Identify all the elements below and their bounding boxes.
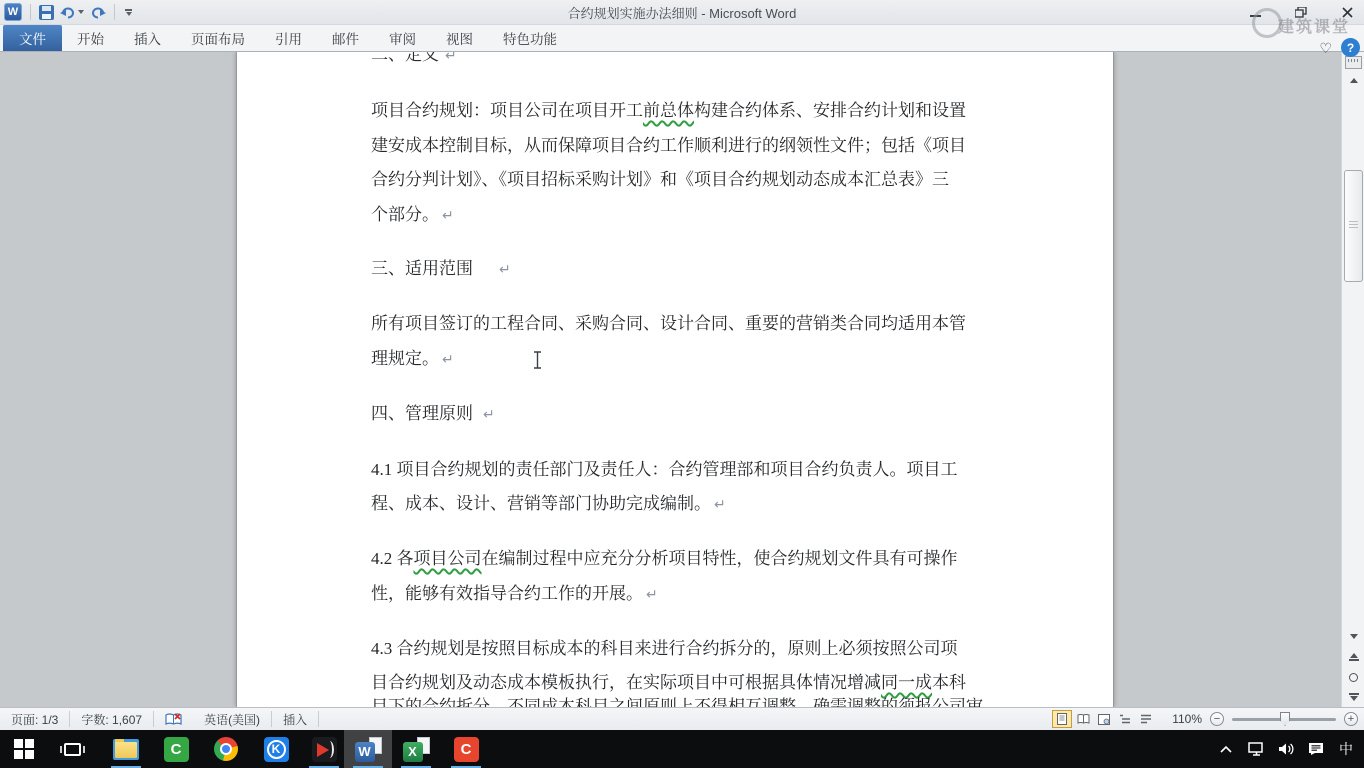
text-line: 合约分判计划》、《项目招标采购计划》和《项目合约规划动态成本汇总表》三 xyxy=(371,168,1001,192)
text-line: 三、适用范围↵ xyxy=(371,257,1001,281)
task-view-button[interactable] xyxy=(48,730,96,768)
view-shortcuts xyxy=(1052,710,1156,728)
ribbon-tab-插入[interactable]: 插入 xyxy=(119,25,176,51)
ribbon-tab-特色功能[interactable]: 特色功能 xyxy=(488,25,572,51)
camtasia-icon: C xyxy=(164,737,189,762)
network-tray-button[interactable] xyxy=(1246,730,1266,768)
undo-button[interactable] xyxy=(60,2,84,22)
spellcheck-squiggle: 前总体 xyxy=(643,101,694,120)
paragraph-mark: ↵ xyxy=(442,352,454,368)
select-browse-object-button[interactable] xyxy=(1342,668,1364,686)
kugou-button[interactable]: K xyxy=(252,730,300,768)
previous-page-button[interactable] xyxy=(1342,648,1364,666)
scroll-up-button[interactable] xyxy=(1342,72,1364,88)
web-layout-view-button[interactable] xyxy=(1094,710,1114,728)
draft-view-button[interactable] xyxy=(1136,710,1156,728)
media-player-icon xyxy=(312,737,337,762)
text-cursor-ibeam xyxy=(533,351,542,369)
ribbon-tab-视图[interactable]: 视图 xyxy=(431,25,488,51)
paragraph-mark: ↵ xyxy=(483,407,495,423)
paragraph-mark: ↵ xyxy=(445,52,457,64)
quick-access-toolbar: W xyxy=(0,2,132,22)
ribbon-tab-审阅[interactable]: 审阅 xyxy=(374,25,431,51)
undo-dropdown-icon xyxy=(78,10,84,14)
ribbon-tab-邮件[interactable]: 邮件 xyxy=(317,25,374,51)
camtasia-button[interactable]: C xyxy=(152,730,200,768)
file-explorer-button[interactable] xyxy=(102,730,150,768)
vertical-scrollbar[interactable] xyxy=(1341,52,1364,707)
triangle-down-icon xyxy=(1350,634,1358,639)
proofing-book-icon xyxy=(165,712,182,726)
text-line: 4.2 各项目公司在编制过程中应充分分析项目特性，使合约规划文件具有可操作 xyxy=(371,547,1001,571)
spellcheck-squiggle: 同一成 xyxy=(881,673,932,692)
title-bar: W 合 xyxy=(0,0,1364,25)
print-layout-icon xyxy=(1056,713,1068,725)
network-icon xyxy=(1247,742,1265,756)
divider xyxy=(114,4,115,20)
ribbon-tab-页面布局[interactable]: 页面布局 xyxy=(176,25,260,51)
chrome-icon xyxy=(214,737,238,761)
text-line: 四、管理原则↵ xyxy=(371,402,1001,426)
draft-icon xyxy=(1140,714,1152,724)
zoom-slider-thumb[interactable] xyxy=(1280,712,1290,726)
watermark-text: 建筑课堂 xyxy=(1278,14,1350,37)
spellcheck-squiggle: 公司审 xyxy=(932,697,983,707)
word-icon: W xyxy=(355,737,382,762)
ime-indicator[interactable]: 中 xyxy=(1336,730,1356,768)
text-line: 所有项目签订的工程合同、采购合同、设计合同、重要的营销类合同均适用本管 xyxy=(371,312,1001,336)
double-chevron-up-icon xyxy=(1349,653,1359,661)
proofing-status-button[interactable] xyxy=(154,711,193,727)
zoom-in-button[interactable]: + xyxy=(1344,712,1358,726)
paragraph-mark: ↵ xyxy=(646,587,658,603)
paragraph-mark: ↵ xyxy=(499,262,511,278)
word-app-icon[interactable]: W xyxy=(4,2,22,22)
system-tray: 中 xyxy=(1216,730,1364,768)
outline-view-button[interactable] xyxy=(1115,710,1135,728)
media-player-button[interactable] xyxy=(300,730,348,768)
word-taskbar-button[interactable]: W xyxy=(344,730,392,768)
circle-icon xyxy=(1349,673,1358,682)
chevron-up-icon xyxy=(1220,746,1232,753)
chrome-button[interactable] xyxy=(202,730,250,768)
document-page[interactable]: 二、定义↵项目合约规划：项目公司在项目开工前总体构建合约体系、安排合约计划和设置… xyxy=(236,52,1114,707)
taskbar: C K W X C xyxy=(0,730,1364,768)
ime-label: 中 xyxy=(1339,739,1353,759)
insert-mode-indicator[interactable]: 插入 xyxy=(272,711,319,727)
print-layout-view-button[interactable] xyxy=(1052,710,1072,728)
ribbon-tab-bar: 文件开始插入页面布局引用邮件审阅视图特色功能 xyxy=(0,25,1364,52)
next-page-button[interactable] xyxy=(1342,688,1364,706)
text-line: 个部分。↵ xyxy=(371,203,1001,227)
customize-qat-button[interactable] xyxy=(123,2,132,22)
document-workspace: 二、定义↵项目合约规划：项目公司在项目开工前总体构建合约体系、安排合约计划和设置… xyxy=(0,52,1364,707)
scrollbar-thumb[interactable] xyxy=(1344,170,1363,282)
zoom-out-button[interactable]: − xyxy=(1210,712,1224,726)
word-count[interactable]: 字数: 1,607 xyxy=(70,711,154,727)
tray-expand-button[interactable] xyxy=(1216,730,1236,768)
start-button[interactable] xyxy=(0,730,48,768)
ribbon-tab-开始[interactable]: 开始 xyxy=(62,25,119,51)
text-line: 性，能够有效指导合约工作的开展。↵ xyxy=(371,582,1001,606)
spellcheck-squiggle: 项目公司 xyxy=(414,549,482,568)
divider xyxy=(30,4,31,20)
zoom-level[interactable]: 110% xyxy=(1172,712,1202,726)
full-screen-reading-view-button[interactable] xyxy=(1073,710,1093,728)
triangle-up-icon xyxy=(1350,78,1358,83)
video-watermark: 建筑课堂 ♡ ? xyxy=(1252,6,1362,62)
redo-icon xyxy=(90,5,106,19)
help-button[interactable]: ? xyxy=(1341,38,1360,57)
scroll-down-button[interactable] xyxy=(1342,628,1364,644)
task-view-icon xyxy=(64,743,81,756)
text-line: 程、成本、设计、营销等部门协助完成编制。↵ xyxy=(371,492,1001,516)
volume-tray-button[interactable] xyxy=(1276,730,1296,768)
action-center-icon xyxy=(1308,742,1324,757)
reading-view-icon xyxy=(1077,714,1090,725)
text-line: 4.1 项目合约规划的责任部门及责任人：合约管理部和项目合约负责人。项目工 xyxy=(371,458,1001,482)
double-chevron-down-icon xyxy=(1349,693,1359,701)
ribbon-tab-文件[interactable]: 文件 xyxy=(3,25,62,51)
red-c-app-icon: C xyxy=(454,737,479,762)
web-layout-icon xyxy=(1098,714,1110,725)
grip-icon xyxy=(1349,221,1358,229)
ribbon-tab-引用[interactable]: 引用 xyxy=(260,25,317,51)
folder-icon xyxy=(113,739,139,760)
text-line: 目合约规划及动态成本模板执行，在实际项目中可根据具体情况增减同一成本科 xyxy=(371,671,1001,695)
redo-button[interactable] xyxy=(90,2,106,22)
window-title: 合约规划实施办法细则 - Microsoft Word xyxy=(0,3,1364,22)
paragraph-mark: ↵ xyxy=(442,208,454,224)
chevron-down-icon xyxy=(125,9,132,16)
excel-taskbar-button[interactable]: X xyxy=(392,730,440,768)
word-window: W 合 xyxy=(0,0,1364,768)
text-line: 理规定。↵ xyxy=(371,347,1001,371)
action-center-button[interactable] xyxy=(1306,730,1326,768)
outline-icon xyxy=(1119,714,1131,724)
save-icon xyxy=(39,5,54,20)
excel-icon: X xyxy=(403,737,430,762)
heart-icon[interactable]: ♡ xyxy=(1319,40,1332,57)
text-line: 建安成本控制目标，从而保障项目合约工作顺利进行的纲领性文件；包括《项目 xyxy=(371,134,1001,158)
language-indicator[interactable]: 英语(美国) xyxy=(193,711,272,727)
page-indicator[interactable]: 页面: 1/3 xyxy=(0,711,70,727)
undo-icon xyxy=(60,5,76,19)
status-bar: 页面: 1/3 字数: 1,607 英语(美国) 插入 xyxy=(0,707,1364,730)
volume-icon xyxy=(1278,742,1294,756)
kugou-icon: K xyxy=(264,737,289,762)
zoom-slider[interactable] xyxy=(1232,712,1336,726)
text-line: 项目合约规划：项目公司在项目开工前总体构建合约体系、安排合约计划和设置 xyxy=(371,99,1001,123)
text-line: 二、定义↵ xyxy=(371,52,1001,67)
text-line: 4.3 合约规划是按照目标成本的科目来进行合约拆分的，原则上必须按照公司项 xyxy=(371,637,1001,661)
windows-logo-icon xyxy=(14,739,34,759)
paragraph-mark: ↵ xyxy=(714,497,726,513)
save-button[interactable] xyxy=(39,2,54,22)
red-c-app-button[interactable]: C xyxy=(442,730,490,768)
text-line: 目下的合约拆分，不同成本科目之间原则上不得相互调整，确需调整的须报公司审 xyxy=(371,695,1001,707)
